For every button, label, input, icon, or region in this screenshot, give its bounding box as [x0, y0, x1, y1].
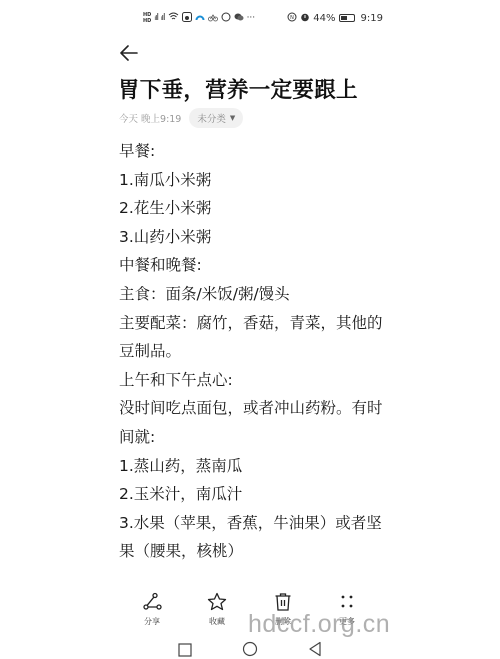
- system-nav-bar: [0, 640, 500, 659]
- note-line: 中餐和晚餐:: [119, 251, 389, 280]
- note-line: 上午和下午点心:: [119, 366, 389, 395]
- clock: 9:19: [361, 13, 383, 24]
- note-line: 主要配菜：腐竹，香菇，青菜，其他的豆制品。: [119, 309, 389, 366]
- note-line: 3.水果（苹果，香蕉，牛油果）或者坚果（腰果，核桃）: [119, 509, 389, 566]
- app-arc-icon: [195, 12, 205, 25]
- battery-percent: 44%: [313, 13, 335, 24]
- nfc-icon: N: [287, 12, 297, 25]
- favorite-button[interactable]: 收藏: [192, 592, 242, 627]
- back-button[interactable]: [118, 42, 142, 66]
- caret-down-icon: ▼: [230, 114, 235, 122]
- more-grid-icon: [337, 592, 357, 612]
- home-button[interactable]: [242, 641, 258, 659]
- app-bike-icon: [208, 12, 218, 25]
- note-date: 今天 晚上9:19: [119, 111, 181, 125]
- star-icon: [207, 592, 227, 612]
- wechat-icon: [234, 12, 244, 25]
- circle-icon: [242, 641, 258, 657]
- note-line: 3.山药小米粥: [119, 223, 389, 252]
- watermark: hdccf.org.cn: [248, 610, 390, 639]
- note-line: 1.南瓜小米粥: [119, 166, 389, 195]
- note-line: 没时间吃点面包，或者冲山药粉。有时间就:: [119, 394, 389, 451]
- note-line: 1.蒸山药，蒸南瓜: [119, 452, 389, 481]
- note-meta: 今天 晚上9:19 未分类 ▼: [119, 108, 243, 128]
- battery-icon: [339, 14, 355, 22]
- recents-button[interactable]: [178, 642, 192, 659]
- note-title[interactable]: 胃下垂，营养一定要跟上: [118, 73, 358, 104]
- square-icon: [178, 643, 192, 657]
- signal-icon-1: ᵢıl: [154, 13, 158, 23]
- app-notification-icon: [182, 12, 192, 25]
- note-line: 主食：面条/米饭/粥/馒头: [119, 280, 389, 309]
- category-dropdown[interactable]: 未分类 ▼: [189, 108, 243, 128]
- trash-icon: [273, 592, 293, 612]
- sim-icons: HD HD: [143, 12, 151, 24]
- back-arrow-icon: [118, 42, 140, 64]
- share-icon: [142, 592, 162, 612]
- svg-text:N: N: [290, 15, 294, 21]
- wifi-icon: [168, 12, 179, 24]
- alarm-icon: [300, 12, 310, 25]
- note-body[interactable]: 早餐: 1.南瓜小米粥 2.花生小米粥 3.山药小米粥 中餐和晚餐: 主食：面条…: [119, 137, 389, 566]
- share-button[interactable]: 分享: [127, 592, 177, 627]
- signal-icon-2: ᵢıl: [161, 13, 165, 23]
- category-label: 未分类: [197, 111, 226, 125]
- share-label: 分享: [144, 616, 160, 627]
- back-nav-button[interactable]: [308, 641, 322, 659]
- more-notifications-icon: ···: [247, 13, 256, 23]
- app-circle-icon: [221, 12, 231, 25]
- note-line: 2.花生小米粥: [119, 194, 389, 223]
- favorite-label: 收藏: [209, 616, 225, 627]
- note-line: 2.玉米汁，南瓜汁: [119, 480, 389, 509]
- status-bar: HD HD ᵢıl ᵢıl ··· N 44%: [143, 8, 383, 28]
- sim2-icon: HD: [143, 18, 151, 24]
- triangle-back-icon: [308, 641, 322, 657]
- note-line: 早餐:: [119, 137, 389, 166]
